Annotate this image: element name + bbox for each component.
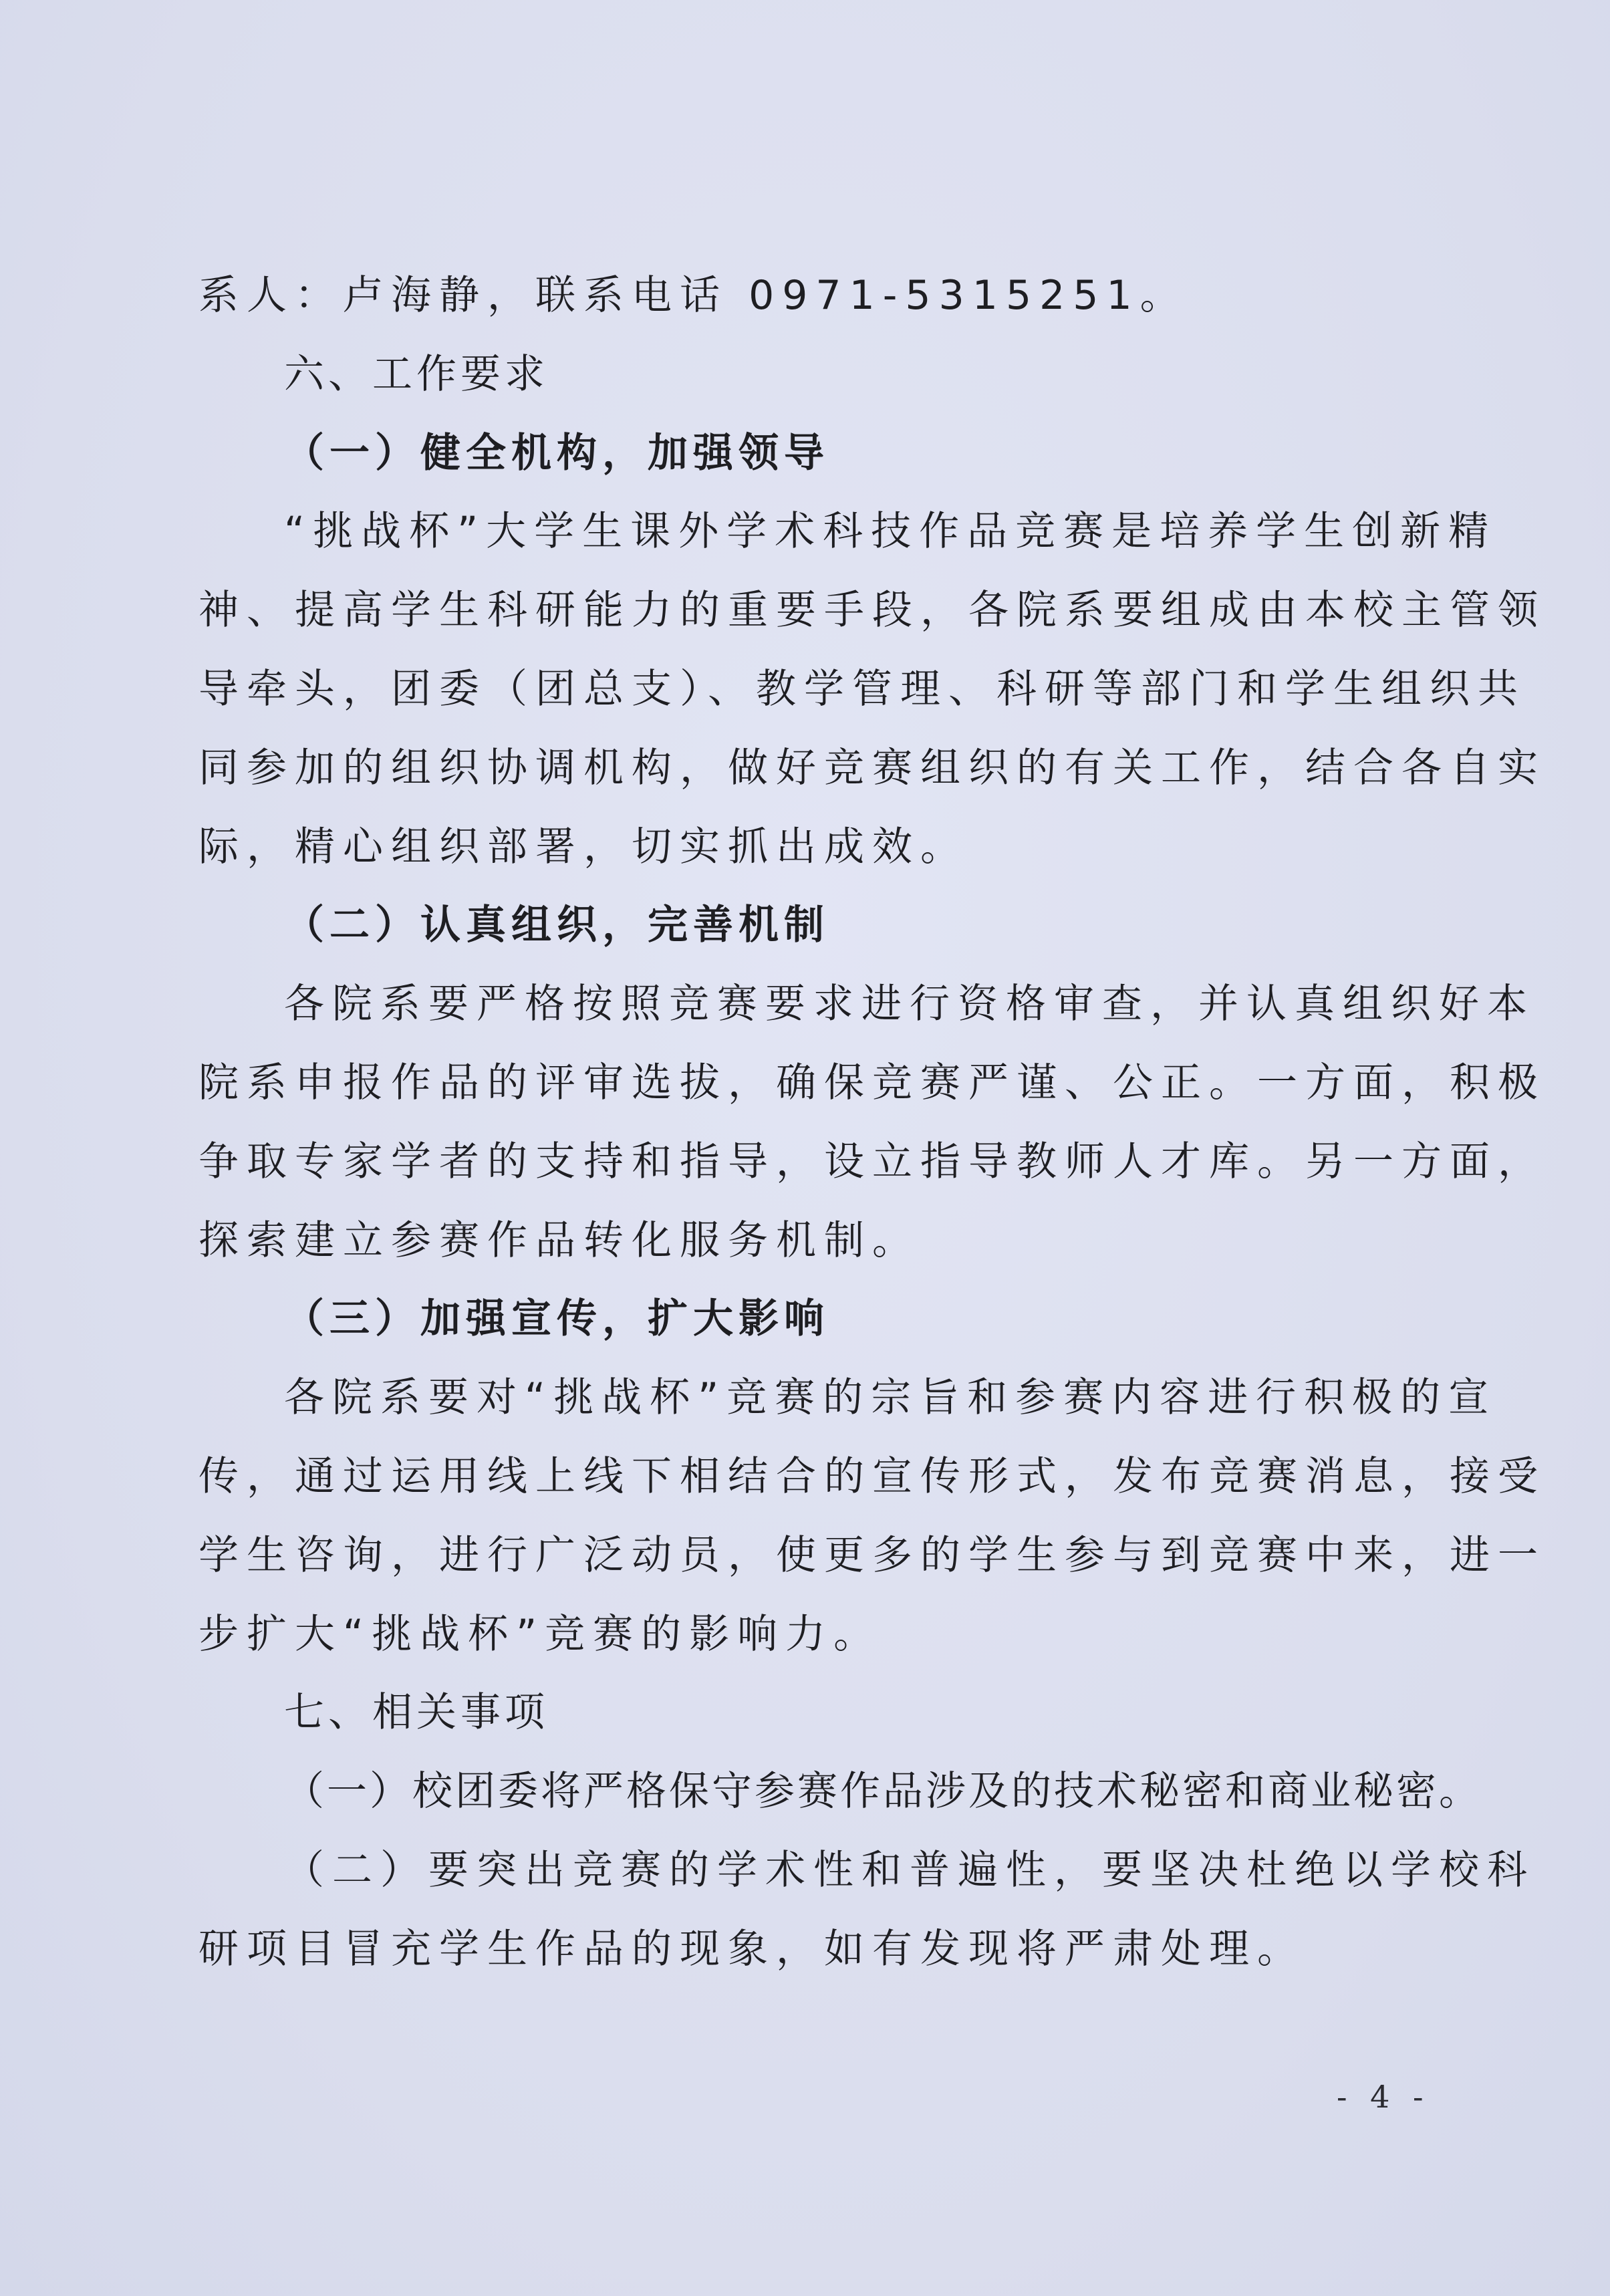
paragraph-line: 研项目冒充学生作品的现象，如有发现将严肃处理。 — [198, 1929, 1428, 1969]
document-page: 系人：卢海静，联系电话 0971-5315251。 六、工作要求 （一）健全机构… — [0, 0, 1610, 2296]
subsection-heading-1: （一）健全机构，加强领导 — [198, 433, 1428, 473]
paragraph-line: 探索建立参赛作品转化服务机制。 — [198, 1221, 1428, 1261]
paragraph-line: 争取专家学者的支持和指导，设立指导教师人才库。另一方面， — [198, 1142, 1428, 1182]
section-heading-work-requirements: 六、工作要求 — [198, 354, 1428, 394]
paragraph-line: 神、提高学生科研能力的重要手段，各院系要组成由本校主管领 — [198, 590, 1428, 630]
subsection-heading-3: （三）加强宣传，扩大影响 — [198, 1299, 1428, 1339]
paragraph-line: 各院系要严格按照竞赛要求进行资格审查，并认真组织好本 — [198, 984, 1428, 1024]
page-number: - 4 - — [1337, 2079, 1430, 2115]
subsection-heading-2: （二）认真组织，完善机制 — [198, 905, 1428, 945]
paragraph-line: 院系申报作品的评审选拔，确保竞赛严谨、公正。一方面，积极 — [198, 1063, 1428, 1103]
paragraph-line: 步扩大“挑战杯”竞赛的影响力。 — [198, 1614, 1428, 1654]
paragraph-line: （一）校团委将严格保守参赛作品涉及的技术秘密和商业秘密。 — [198, 1771, 1428, 1811]
paragraph-line: 传，通过运用线上线下相结合的宣传形式，发布竞赛消息，接受 — [198, 1456, 1428, 1497]
paragraph-line: （二）要突出竞赛的学术性和普遍性，要坚决杜绝以学校科 — [198, 1850, 1428, 1890]
paragraph-line: 学生咨询，进行广泛动员，使更多的学生参与到竞赛中来，进一 — [198, 1535, 1428, 1575]
section-heading-related-matters: 七、相关事项 — [198, 1692, 1428, 1733]
paragraph-line: “挑战杯”大学生课外学术科技作品竞赛是培养学生创新精 — [198, 511, 1428, 551]
paragraph-line: 际，精心组织部署，切实抓出成效。 — [198, 827, 1428, 867]
contact-line: 系人：卢海静，联系电话 0971-5315251。 — [198, 275, 1428, 315]
document-body: 系人：卢海静，联系电话 0971-5315251。 六、工作要求 （一）健全机构… — [198, 275, 1428, 2008]
paragraph-line: 各院系要对“挑战杯”竞赛的宗旨和参赛内容进行积极的宣 — [198, 1378, 1428, 1418]
paragraph-line: 同参加的组织协调机构，做好竞赛组织的有关工作，结合各自实 — [198, 748, 1428, 788]
paragraph-line: 导牵头，团委（团总支）、教学管理、科研等部门和学生组织共 — [198, 669, 1428, 709]
